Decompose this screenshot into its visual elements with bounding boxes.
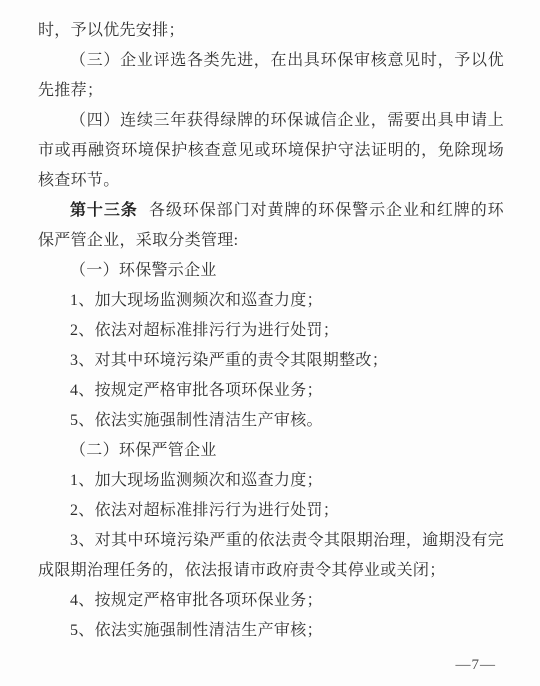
- paragraph-list-item: 5、依法实施强制性清洁生产审核；: [38, 616, 504, 646]
- page-number: —7—: [456, 657, 497, 674]
- document-text-body: 时，予以优先安排； （三）企业评选各类先进，在出具环保审核意见时，予以优先推荐；…: [38, 16, 504, 646]
- paragraph-subsection-1: （一）环保警示企业: [38, 256, 504, 286]
- paragraph-item-3: （三）企业评选各类先进，在出具环保审核意见时，予以优先推荐；: [38, 46, 504, 106]
- document-page: 时，予以优先安排； （三）企业评选各类先进，在出具环保审核意见时，予以优先推荐；…: [0, 0, 540, 686]
- paragraph-list-item: 1、加大现场监测频次和巡查力度；: [38, 286, 504, 316]
- paragraph-list-item: 3、对其中环境污染严重的依法责令其限期治理，逾期没有完成限期治理任务的，依法报请…: [38, 526, 504, 586]
- paragraph-list-item: 4、按规定严格审批各项环保业务；: [38, 376, 504, 406]
- article-13-heading: 第十三条: [70, 202, 138, 219]
- paragraph-list-item: 2、依法对超标准排污行为进行处罚；: [38, 316, 504, 346]
- paragraph-list-item: 2、依法对超标准排污行为进行处罚；: [38, 496, 504, 526]
- paragraph-article-13: 第十三条各级环保部门对黄牌的环保警示企业和红牌的环保严管企业，采取分类管理:: [38, 196, 504, 256]
- paragraph-list-item: 5、依法实施强制性清洁生产审核。: [38, 406, 504, 436]
- paragraph-item-4: （四）连续三年获得绿牌的环保诚信企业，需要出具申请上市或再融资环境保护核查意见或…: [38, 106, 504, 196]
- paragraph-subsection-2: （二）环保严管企业: [38, 436, 504, 466]
- paragraph-list-item: 4、按规定严格审批各项环保业务；: [38, 586, 504, 616]
- paragraph-continuation: 时，予以优先安排；: [38, 16, 504, 46]
- paragraph-list-item: 3、对其中环境污染严重的责令其限期整改；: [38, 346, 504, 376]
- paragraph-list-item: 1、加大现场监测频次和巡查力度；: [38, 466, 504, 496]
